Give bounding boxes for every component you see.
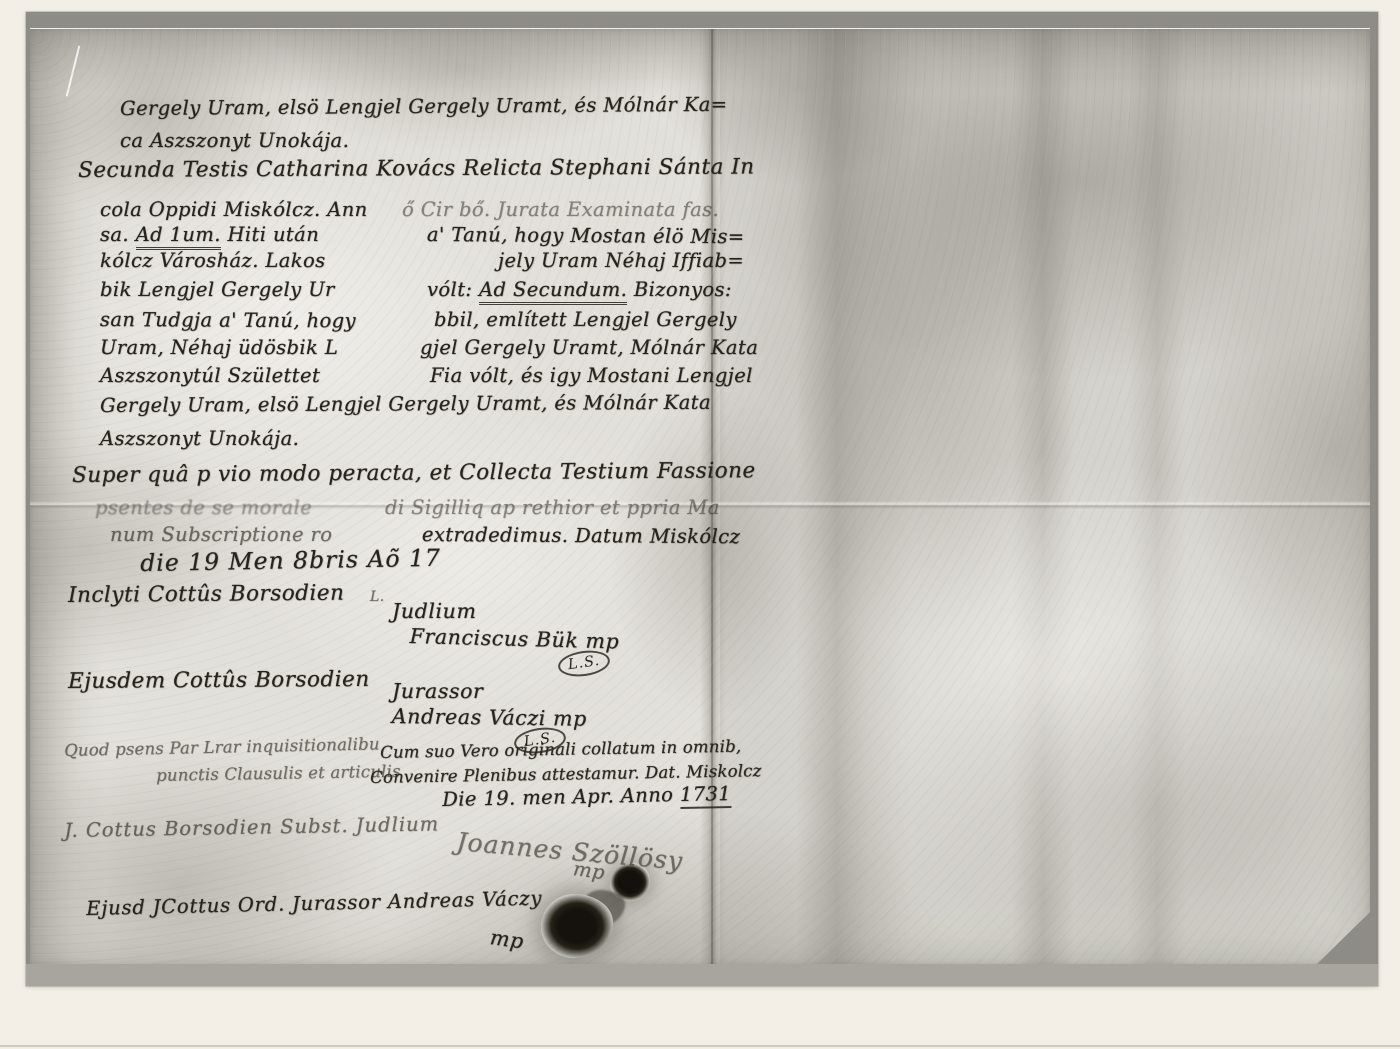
manuscript-line: Quod psens Par Lrar inquisitionalibu bbox=[64, 734, 380, 760]
manuscript-mark: L. bbox=[370, 589, 385, 605]
manuscript-line: di Sigilliq ap rethior et ppria Ma bbox=[385, 496, 720, 519]
manuscript-word: Die 19. men Apr. Anno bbox=[442, 783, 680, 811]
signature: Andreas Váczi mp bbox=[392, 704, 587, 731]
manuscript-line: Uram, Néhaj üdösbik L bbox=[100, 336, 338, 359]
manuscript-line: extradedimus. Datum Miskólcz bbox=[422, 523, 740, 548]
paper-bottom-edge bbox=[0, 1045, 1400, 1047]
manuscript-line: Die 19. men Apr. Anno 1731 bbox=[442, 782, 731, 811]
manuscript-line: Aszszonyt Unokája. bbox=[100, 427, 299, 450]
manuscript-word: Bizonyos: bbox=[627, 278, 732, 301]
manuscript-line: san Tudgja a' Tanú, hogy bbox=[100, 308, 356, 332]
manuscript-line: Super quâ p vio modo peracta, et Collect… bbox=[72, 458, 756, 488]
signature: Franciscus Bük mp bbox=[409, 624, 619, 653]
manuscript-line: a' Tanú, hogy Mostan élö Mis= bbox=[427, 223, 745, 248]
vertical-stain-band-3 bbox=[1128, 29, 1186, 965]
manuscript-line: J. Cottus Borsodien Subst. Judlium bbox=[64, 812, 439, 842]
seal-LS: L.S. bbox=[557, 647, 612, 679]
manuscript-line: jely Uram Néhaj Iffiab= bbox=[498, 249, 744, 272]
signature: Joannes Szöllösy bbox=[455, 827, 684, 876]
manuscript-line: bbil, említett Lengjel Gergely bbox=[434, 308, 737, 331]
manuscript-line: Cum suo Vero originali collatum in omnib… bbox=[380, 737, 741, 762]
manuscript-line: kólcz Városház. Lakos bbox=[100, 249, 326, 272]
manuscript-line: Ejusdem Cottûs Borsodien bbox=[68, 667, 370, 694]
manuscript-line: ca Aszszonyt Unokája. bbox=[120, 129, 349, 152]
manuscript-word: Hiti után bbox=[221, 223, 319, 246]
manuscript-line: bik Lengjel Gergely Ur bbox=[100, 278, 335, 301]
manuscript-line: Fia vólt, és igy Mostani Lengjel bbox=[430, 364, 753, 387]
manuscript-line: vólt: Ad Secundum. Bizonyos: bbox=[427, 278, 732, 301]
manuscript-sheet: Gergely Uram, elsö Lengjel Gergely Uramt… bbox=[30, 28, 1370, 965]
underlined-phrase: Ad Secundum. bbox=[479, 278, 627, 305]
manuscript-line: punctis Clausulis et articulis bbox=[156, 762, 401, 785]
ink-blot-small bbox=[610, 863, 650, 901]
manuscript-line: die 19 Men 8bris Aõ 17 bbox=[140, 544, 441, 577]
office-label: Jurassor bbox=[392, 679, 483, 703]
signature-mp: mp bbox=[489, 925, 526, 953]
top-edge-stain bbox=[30, 29, 1370, 93]
manuscript-line: Gergely Uram, elsö Lengjel Gergely Uramt… bbox=[120, 93, 728, 120]
manuscript-line: psentes de se morale bbox=[95, 496, 312, 519]
ink-blot-large bbox=[541, 894, 613, 958]
manuscript-line: cola Oppidi Miskólcz. Ann bbox=[100, 198, 368, 221]
manuscript-line: Gergely Uram, elsö Lengjel Gergely Uramt… bbox=[100, 391, 711, 417]
manuscript-line: num Subscriptione ro bbox=[110, 523, 332, 546]
office-label: Judlium bbox=[392, 599, 477, 623]
right-page-shading bbox=[720, 29, 1370, 965]
manuscript-line: gjel Gergely Uramt, Mólnár Kata bbox=[420, 336, 758, 359]
manuscript-line: Inclyti Cottûs Borsodien bbox=[68, 581, 345, 608]
manuscript-line: Secunda Testis Catharina Kovács Relicta … bbox=[78, 154, 755, 183]
vertical-stain-band-2 bbox=[1012, 29, 1074, 965]
manuscript-word: sa. bbox=[100, 223, 136, 246]
manuscript-line: Ejusd JCottus Ord. Jurassor Andreas Vácz… bbox=[86, 887, 542, 920]
manuscript-line: sa. Ad 1um. Hiti után bbox=[100, 223, 319, 246]
underlined-phrase: Ad 1um. bbox=[136, 223, 221, 250]
manuscript-line: ő Cir bő. Jurata Examinata fas. bbox=[402, 198, 719, 221]
underlined-year: 1731 bbox=[680, 782, 732, 809]
table-surface bbox=[26, 964, 1378, 986]
photo-paper: Gergely Uram, elsö Lengjel Gergely Uramt… bbox=[0, 0, 1400, 1049]
photograph: Gergely Uram, elsö Lengjel Gergely Uramt… bbox=[26, 12, 1378, 986]
signature-mp: mp bbox=[572, 857, 607, 884]
vertical-stain-band-1 bbox=[796, 29, 912, 965]
film-scratch bbox=[66, 46, 81, 97]
manuscript-line: Aszszonytúl Születtet bbox=[100, 364, 320, 387]
manuscript-word: vólt: bbox=[427, 278, 479, 301]
